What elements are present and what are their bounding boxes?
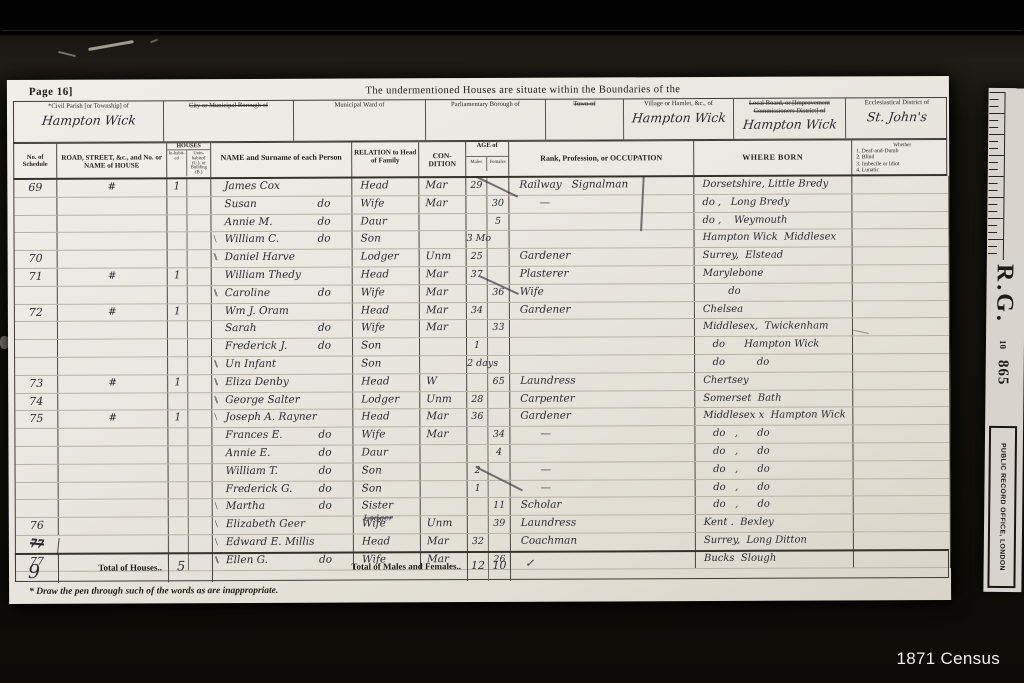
struck-word: Lodger [364, 511, 393, 526]
houses-uninhabited [188, 250, 212, 267]
condition: Mar [421, 534, 468, 551]
road-ditto [58, 251, 168, 268]
where-born: Chelsea [695, 301, 853, 318]
disability-cell [853, 354, 949, 371]
disability-cell [853, 229, 949, 246]
houses-inhabited [168, 250, 188, 267]
condition: Mar [419, 196, 466, 213]
road-ditto: # [58, 411, 168, 428]
tally-mark [214, 428, 225, 445]
col-header-houses: HOUSES In-habit-ed Unin-habited (U.), or… [167, 143, 211, 177]
field-parliamentary-borough: Parliamentary Borough of [426, 99, 546, 141]
condition: Mar [420, 427, 467, 444]
houses-uninhabited [188, 428, 212, 445]
district-header: *Civil Parish [or Township] of Hampton W… [13, 97, 947, 143]
name-ditto [318, 374, 352, 391]
person-name: Frances E.do [212, 428, 353, 445]
occupation: Laundress [511, 515, 696, 533]
where-born: Chertsey [695, 372, 853, 389]
occupation [510, 337, 695, 355]
houses-uninhabited [187, 197, 211, 214]
field-value-handwritten: Hampton Wick [631, 109, 727, 124]
road-ditto: # [58, 268, 168, 285]
name-ditto: do [318, 321, 352, 338]
field-value-handwritten: St. John's [866, 109, 928, 124]
road-ditto: # [57, 179, 167, 196]
houses-inhabited [168, 322, 188, 339]
field-label: Parliamentary Borough of [426, 100, 545, 109]
tally-mark: \\ [214, 375, 225, 392]
name-text: Annie E. [225, 446, 318, 463]
condition: Mar [420, 285, 467, 302]
field-label: Village or Hamlet, &c., of [624, 99, 733, 108]
name-text: Wm J. Oram [225, 303, 318, 320]
name-text: Un Infant [225, 357, 318, 374]
occupation: — [511, 480, 696, 498]
person-name: William T.do [213, 463, 354, 480]
occupation [510, 355, 695, 373]
road-ditto [58, 286, 168, 303]
name-ditto: do [318, 446, 352, 463]
person-name: \\George Salter [212, 392, 353, 409]
name-ditto [318, 250, 352, 267]
disability-line: 4. Lunatic [856, 167, 948, 174]
film-scratch [58, 51, 76, 57]
occupation: Plasterer [510, 266, 695, 284]
col-header-name: NAME and Surname of each Person [211, 143, 352, 178]
houses-uninhabited [188, 233, 212, 250]
public-record-office-label: PUBLIC RECORD OFFICE, LONDON [998, 443, 1006, 571]
name-ditto: do [317, 214, 351, 231]
age-female [488, 356, 510, 373]
age-male [466, 214, 487, 231]
road-ditto [58, 429, 168, 446]
tally-mark: \\ [214, 393, 225, 410]
disability-cell [853, 443, 949, 460]
name-ditto: do [318, 428, 352, 445]
houses-inhabited [168, 339, 188, 356]
condition [420, 338, 467, 355]
tally-mark [214, 268, 225, 285]
archive-reference-strip: R.G. 10 865 PUBLIC RECORD OFFICE, LONDON [983, 88, 1024, 592]
houses-uninhabited [189, 482, 213, 499]
where-born: do [695, 283, 853, 300]
schedule-number [15, 447, 58, 464]
relation: Head [353, 267, 420, 284]
age-female [488, 409, 510, 426]
occupation: Gardener [510, 248, 695, 266]
road-ditto [58, 340, 168, 357]
houses-uninhabited [188, 339, 212, 356]
person-name: James Cox [211, 179, 352, 196]
occupation: Coachman [511, 533, 696, 551]
tally-mark [215, 464, 226, 481]
road-ditto [58, 446, 168, 463]
totals-row: 9 Total of Houses.. 5 Total of Males and… [15, 549, 949, 582]
age-male: 3 Mo [467, 231, 488, 248]
schedule-number [14, 215, 57, 232]
total-males-females-label: Total of Males and Females.. [213, 553, 468, 582]
field-value-handwritten: Hampton Wick [742, 116, 838, 131]
name-ditto [318, 303, 352, 320]
field-municipal-ward: Municipal Ward of [294, 99, 426, 141]
age-female: 34 [488, 427, 510, 444]
age-male: 25 [467, 249, 488, 266]
age-female [488, 338, 510, 355]
relation: Head [352, 178, 419, 195]
schedule-number [15, 429, 58, 446]
condition [420, 231, 467, 248]
occupation [509, 213, 694, 231]
name-text: Susan [224, 197, 317, 214]
road-ditto [57, 197, 167, 214]
name-ditto: do [318, 232, 352, 249]
condition [421, 498, 468, 515]
disability-cell [853, 372, 949, 389]
person-name: William Thedy [212, 268, 353, 285]
name-text: William C. [225, 232, 318, 249]
field-village: Village or Hamlet, &c., of Hampton Wick [624, 98, 734, 139]
age-female [488, 302, 510, 319]
total-females-value: 10 [489, 553, 511, 581]
where-born: Hampton Wick Middlesex [695, 230, 853, 247]
road-ditto [59, 500, 169, 517]
occupation: Gardener [510, 302, 695, 320]
tally-mark [213, 215, 224, 232]
name-text: Joseph A. Rayner [225, 410, 318, 427]
houses-uninhabited [188, 411, 212, 428]
relation: Daur [353, 445, 420, 462]
name-ditto [317, 179, 351, 196]
col-header-where-born: WHERE BORN [694, 140, 852, 175]
tally-mark [215, 482, 226, 499]
houses-uninhabited [189, 464, 213, 481]
person-name: Annie M.do [211, 214, 352, 231]
schedule-number: 70 [15, 251, 58, 268]
name-text: Elizabeth Geer [226, 517, 319, 534]
age-male [466, 196, 487, 213]
tally-mark: \ [215, 499, 226, 516]
where-born: do , Long Bredy [694, 194, 852, 211]
field-ecclesiastical-district: Ecclesiastical District of St. John's [846, 97, 948, 138]
total-males-value: 12 [468, 553, 489, 581]
name-text: George Salter [225, 392, 318, 409]
relation: Head [354, 534, 421, 551]
disability-cell [853, 247, 949, 264]
person-name: \Edward E. Millis [213, 534, 354, 551]
schedule-number [14, 198, 57, 215]
disability-cell [854, 496, 950, 513]
houses-inhabited [169, 517, 189, 534]
name-ditto: do [319, 481, 353, 498]
disability-cell [853, 336, 949, 353]
series-number: 10 [998, 340, 1008, 349]
disability-cell [854, 461, 950, 478]
person-name: Susando [211, 196, 352, 213]
col-header-occupation: Rank, Profession, or OCCUPATION [509, 141, 694, 176]
person-name: \\Eliza Denby [212, 374, 353, 391]
relation: Son [354, 463, 421, 480]
road-ditto [58, 233, 168, 250]
age-male [468, 516, 489, 533]
age-male: 32 [468, 534, 489, 551]
relation: Head [353, 303, 420, 320]
condition: Mar [420, 303, 467, 320]
census-rows: 69#1James CoxHeadMar29Railway SignalmanD… [13, 176, 951, 572]
field-label: Ecclesiastical District of [846, 98, 948, 107]
page-number: Page 16] [29, 86, 73, 98]
road-ditto [59, 517, 169, 534]
age-female: 33 [488, 320, 510, 337]
condition [421, 481, 468, 498]
road-ditto [59, 482, 169, 499]
houses-inhabited [168, 286, 188, 303]
age-male: 1 [467, 338, 488, 355]
occupation: Wife [510, 284, 695, 302]
houses-inhabited [168, 233, 188, 250]
name-ditto [318, 268, 352, 285]
age-male [467, 320, 488, 337]
schedule-number: 75 [15, 411, 58, 428]
name-text: Sarah [225, 321, 318, 338]
name-text: Frances E. [225, 428, 318, 445]
age-female: 4 [488, 445, 510, 462]
road-ditto [58, 322, 168, 339]
occupation: Carpenter [510, 391, 695, 409]
houses-inhabited [167, 215, 187, 232]
relation: Head [353, 374, 420, 391]
disability-cell [852, 176, 948, 193]
where-born: Somerset Bath [695, 390, 853, 407]
where-born: do Hampton Wick [695, 337, 853, 354]
name-ditto: do [318, 339, 352, 356]
col-header-schedule: No. of Schedule [14, 144, 57, 178]
houses-inhabited [168, 428, 188, 445]
tally-mark [213, 179, 224, 196]
houses-inhabited [168, 446, 188, 463]
houses-uninhabited [188, 357, 212, 374]
where-born: Middlesex x Hampton Wick [695, 408, 853, 425]
person-name: Frederick J.do [212, 339, 353, 356]
age-female: 5 [487, 213, 509, 230]
road-ditto [59, 535, 169, 552]
relation: LodgerWife [354, 516, 421, 533]
name-text: Daniel Harve [225, 250, 318, 267]
where-born: do , do [696, 479, 854, 496]
col-header-males: Males [466, 157, 487, 171]
disability-cell [852, 194, 948, 211]
age-label: AGE of [477, 142, 498, 149]
field-label: Municipal Ward of [294, 100, 425, 109]
relation: Wife [353, 285, 420, 302]
person-name: Sarahdo [212, 321, 353, 338]
houses-uninhabited [188, 375, 212, 392]
houses-inhabited [169, 500, 189, 517]
field-label: City or Municipal Borough of [164, 101, 293, 110]
name-text: Frederick J. [225, 339, 318, 356]
occupation: — [509, 195, 694, 213]
where-born: do , Weymouth [694, 212, 852, 229]
field-civil-parish: *Civil Parish [or Township] of Hampton W… [14, 100, 164, 142]
schedule-number: 74 [15, 393, 58, 410]
person-name: \\Carolinedo [212, 285, 353, 302]
houses-uninhabited [188, 446, 212, 463]
schedule-number [15, 287, 58, 304]
schedule-number [15, 233, 58, 250]
disability-cell [854, 532, 950, 549]
col-header-uninhabited: Unin-habited (U.), or Building (B.) [187, 150, 210, 176]
where-born: do do [695, 354, 853, 371]
film-scratch [2, 30, 1022, 31]
schedule-number: 76 [16, 518, 59, 535]
age-male: 37 [467, 267, 488, 284]
houses-uninhabited [188, 304, 212, 321]
total-houses-label: Total of Houses.. [59, 554, 169, 582]
col-header-condition: CON- DITION [419, 142, 466, 176]
age-female [488, 231, 510, 248]
piece-number: 865 [994, 360, 1011, 386]
field-municipal-borough: City or Municipal Borough of [164, 100, 294, 142]
name-text: William T. [226, 463, 319, 480]
houses-uninhabited [189, 535, 213, 552]
condition: Mar [420, 267, 467, 284]
relation: Son [354, 481, 421, 498]
person-name: \\Daniel Harve [212, 250, 353, 267]
where-born: do , do [695, 426, 853, 443]
tally-mark [213, 197, 224, 214]
name-ditto [318, 392, 352, 409]
occupation [510, 230, 695, 248]
field-town: Town of [546, 98, 624, 139]
tally-mark: \ [215, 535, 226, 552]
scanned-census-page: Page 16] The undermentioned Houses are s… [0, 0, 1024, 683]
houses-uninhabited [189, 517, 213, 534]
schedule-number: 69 [14, 180, 57, 197]
name-text: James Cox [224, 179, 317, 196]
occupation [510, 444, 695, 462]
col-header-age: AGE of Males Females [466, 142, 509, 176]
occupation: Railway Signalman [509, 177, 694, 195]
schedule-number [16, 465, 59, 482]
tally-mark: \\ [214, 357, 225, 374]
tally-mark: \ [214, 232, 225, 249]
condition: Mar [420, 409, 467, 426]
tally-mark [214, 339, 225, 356]
tally-mark: \\ [214, 286, 225, 303]
houses-inhabited: 1 [168, 304, 188, 321]
film-scratch [88, 40, 134, 51]
where-born: do , do [695, 443, 853, 460]
person-name: \Elizabeth Geer [213, 517, 354, 534]
person-name: Frederick G.do [213, 481, 354, 498]
age-male [467, 285, 488, 302]
col-header-road: ROAD, STREET, &c., and No. or NAME of HO… [57, 143, 167, 177]
footnote: * Draw the pen through such of the words… [29, 586, 278, 597]
houses-inhabited [167, 197, 187, 214]
road-ditto [59, 464, 169, 481]
film-scratch [150, 39, 158, 44]
name-ditto: do [319, 499, 353, 516]
field-label: Local Board, or [Improvement Commissione… [734, 98, 845, 114]
name-ditto [318, 357, 352, 374]
relation: Wife [352, 196, 419, 213]
schedule-number [15, 340, 58, 357]
schedule-number: 72 [15, 304, 58, 321]
condition [420, 445, 467, 462]
image-caption: 1871 Census [897, 649, 1000, 669]
where-born: Kent . Bexley [696, 515, 854, 532]
field-local-board: Local Board, or [Improvement Commissione… [734, 97, 846, 138]
road-ditto: # [58, 304, 168, 321]
condition: Unm [421, 516, 468, 533]
relation: Son [353, 232, 420, 249]
age-male: 36 [467, 409, 488, 426]
houses-inhabited: 1 [168, 411, 188, 428]
where-born: Dorsetshire, Little Bredy [694, 176, 852, 193]
schedule-number [16, 482, 59, 499]
houses-uninhabited [188, 393, 212, 410]
occupation: — [510, 426, 695, 444]
field-label: *Civil Parish [or Township] of [14, 101, 163, 110]
disability-cell [853, 283, 949, 300]
road-ditto [58, 357, 168, 374]
age-female [488, 391, 510, 408]
disability-cell [853, 390, 949, 407]
person-name: \\Un Infant [212, 357, 353, 374]
relation: Daur [352, 214, 419, 231]
age-female: 39 [489, 516, 511, 533]
occupation: Gardener [510, 408, 695, 426]
houses-inhabited: 1 [168, 268, 188, 285]
condition [421, 463, 468, 480]
age-male [467, 445, 488, 462]
relation: Wife [353, 427, 420, 444]
disability-cell [852, 212, 948, 229]
public-record-office-box: PUBLIC RECORD OFFICE, LONDON [987, 426, 1017, 588]
road-ditto: # [58, 375, 168, 392]
relation: Lodger [353, 249, 420, 266]
col-header-females: Females [487, 157, 508, 171]
name-ditto: do [317, 196, 351, 213]
schedule-number [15, 358, 58, 375]
tally-mark: \ [215, 517, 226, 534]
name-text: Martha [226, 499, 319, 516]
age-female: 11 [489, 498, 511, 515]
person-name: Wm J. Oram [212, 303, 353, 320]
column-headers: No. of Schedule ROAD, STREET, &c., and N… [13, 139, 947, 180]
disability-cell [853, 407, 949, 424]
relation: Son [353, 338, 420, 355]
col-header-relation: RELATION to Head of Family [352, 142, 419, 176]
enumerator-checkmark: ✓ [511, 551, 950, 581]
total-schedules-handwritten: 9 [16, 555, 59, 583]
condition: Unm [420, 249, 467, 266]
relation: Wife [353, 321, 420, 338]
houses-uninhabited [188, 286, 212, 303]
tally-mark [214, 304, 225, 321]
condition: Mar [420, 320, 467, 337]
disability-cell [854, 514, 950, 531]
name-text: Annie M. [224, 214, 317, 231]
houses-label: HOUSES [176, 143, 200, 149]
age-male [467, 374, 488, 391]
houses-inhabited: 1 [168, 375, 188, 392]
age-male: 1 [468, 481, 489, 498]
age-female: 65 [488, 374, 510, 391]
houses-inhabited [168, 393, 188, 410]
name-ditto [318, 410, 352, 427]
age-female: 30 [487, 196, 509, 213]
